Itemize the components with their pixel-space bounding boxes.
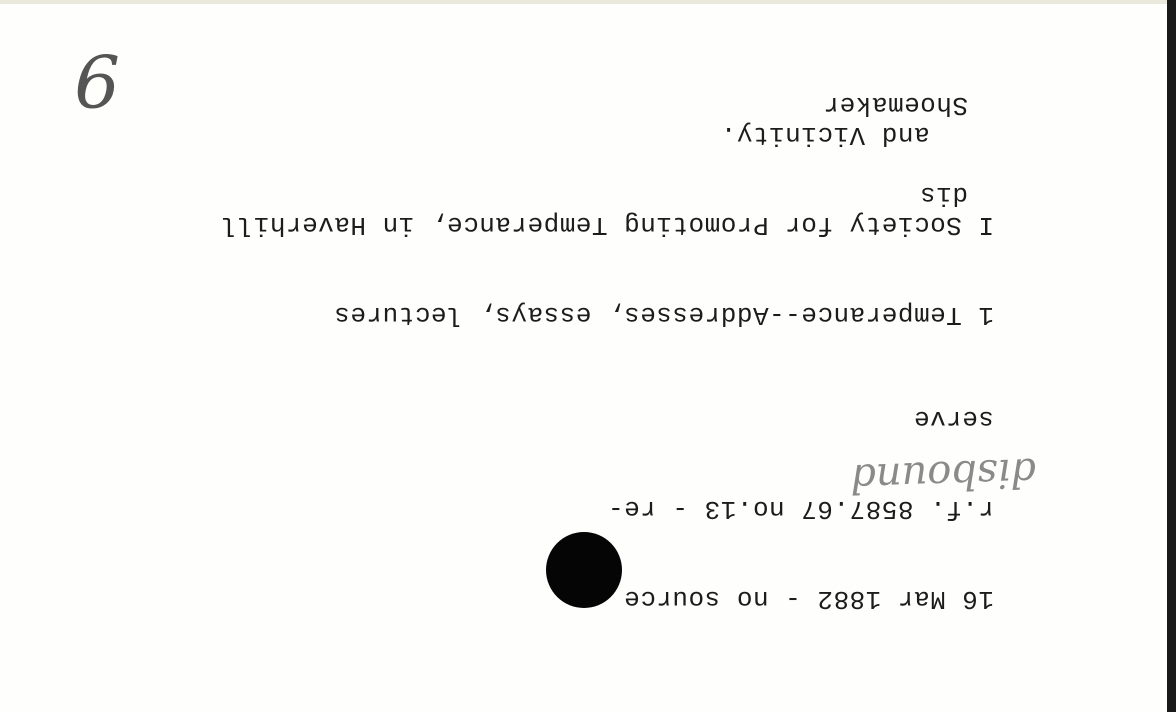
tracing-line-dis: dis bbox=[823, 180, 968, 210]
tracing-block: dis Shoemaker bbox=[823, 30, 968, 270]
tracing-line-shoemaker: Shoemaker bbox=[823, 90, 968, 120]
catalog-card: 16 Mar 1882 - no source r.f. 8587.67 no.… bbox=[0, 0, 1176, 712]
card-edge-left bbox=[1167, 0, 1176, 712]
header-block: 16 Mar 1882 - no source r.f. 8587.67 no.… bbox=[608, 344, 994, 674]
card-edge-top bbox=[0, 0, 1176, 4]
subject-line-1: 1 Temperance--Addresses, essays, lecture… bbox=[221, 300, 994, 330]
header-line-call-number: r.f. 8587.67 no.13 - re- bbox=[608, 494, 994, 524]
header-line-date: 16 Mar 1882 - no source bbox=[608, 584, 994, 614]
handwritten-disbound-note: disbound bbox=[850, 449, 1037, 501]
header-line-continuation: serve bbox=[608, 404, 994, 434]
handwritten-mark: 9 bbox=[74, 38, 120, 122]
